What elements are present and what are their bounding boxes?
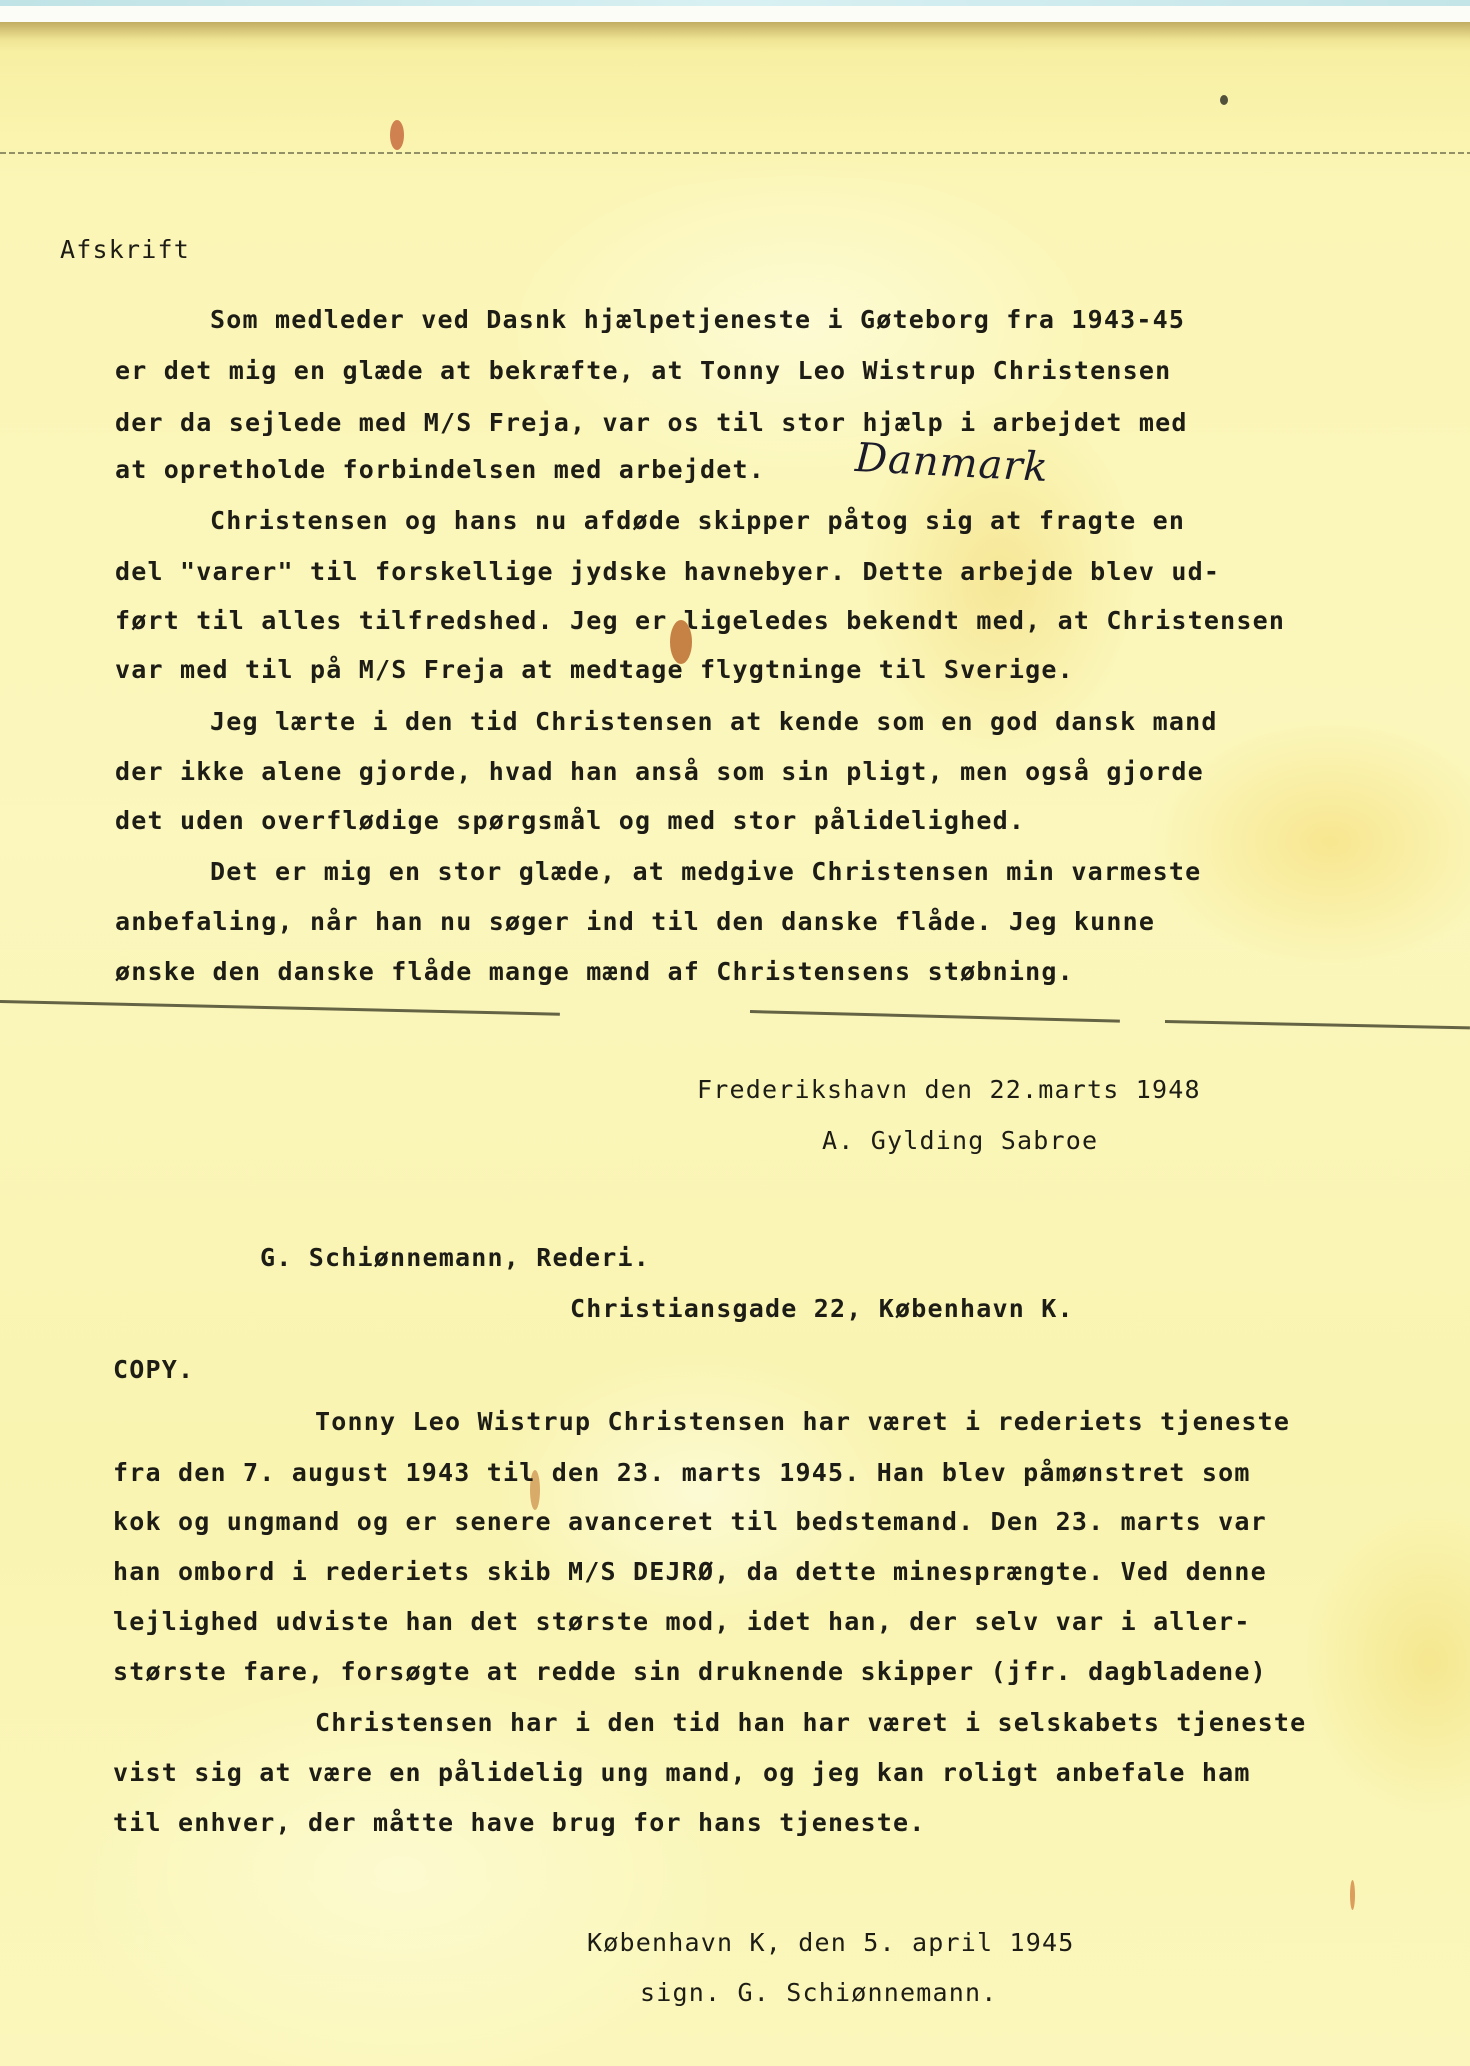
ink-speck — [1220, 95, 1228, 105]
letter1-place-date: Frederikshavn den 22.marts 1948 — [697, 1075, 1201, 1105]
letter1-line: Det er mig en stor glæde, at medgive Chr… — [210, 857, 1201, 887]
letterhead-company: G. Schiønnemann, Rederi. — [260, 1243, 650, 1273]
letter1-line: ønske den danske flåde mange mænd af Chr… — [115, 957, 1074, 987]
letter1-line: ført til alles tilfredshed. Jeg er ligel… — [115, 606, 1285, 636]
letter2-place-date: København K, den 5. april 1945 — [587, 1928, 1075, 1958]
rust-stain — [1350, 1880, 1355, 1910]
letter1-line: anbefaling, når han nu søger ind til den… — [115, 907, 1155, 937]
letter1-line: del "varer" til forskellige jydske havne… — [115, 557, 1220, 587]
letter2-line: største fare, forsøgte at redde sin druk… — [113, 1657, 1267, 1687]
letter2-signature: sign. G. Schiønnemann. — [640, 1978, 998, 2008]
letter2-line: Christensen har i den tid han har været … — [315, 1708, 1306, 1738]
scan-margin — [0, 6, 1470, 22]
letter1-signature: A. Gylding Sabroe — [822, 1126, 1098, 1156]
letter1-line: at opretholde forbindelsen med arbejdet. — [115, 455, 765, 485]
letter1-line: Christensen og hans nu afdøde skipper på… — [210, 506, 1185, 536]
heading-afskrift: Afskrift — [60, 235, 190, 265]
fold-line-top — [0, 152, 1470, 154]
letter1-line: der da sejlede med M/S Freja, var os til… — [115, 408, 1188, 438]
letter1-line: var med til på M/S Freja at medtage flyg… — [115, 655, 1074, 685]
rust-stain — [390, 120, 404, 150]
letter1-line: er det mig en glæde at bekræfte, at Tonn… — [115, 356, 1171, 386]
letter2-line: fra den 7. august 1943 til den 23. marts… — [113, 1458, 1251, 1488]
letter1-line: Jeg lærte i den tid Christensen at kende… — [210, 707, 1218, 737]
paper-edge-stain — [0, 22, 1470, 52]
heading-copy: COPY. — [113, 1355, 194, 1385]
letterhead-address: Christiansgade 22, København K. — [570, 1294, 1074, 1324]
letter2-line: kok og ungmand og er senere avanceret ti… — [113, 1507, 1267, 1537]
letter2-line: vist sig at være en pålidelig ung mand, … — [113, 1758, 1251, 1788]
letter2-line: til enhver, der måtte have brug for hans… — [113, 1808, 926, 1838]
letter1-line: Som medleder ved Dasnk hjælpetjeneste i … — [210, 305, 1185, 335]
letter1-line: der ikke alene gjorde, hvad han anså som… — [115, 757, 1204, 787]
letter1-line: det uden overflødige spørgsmål og med st… — [115, 806, 1025, 836]
letter2-line: lejlighed udviste han det største mod, i… — [113, 1607, 1251, 1637]
letter2-line: Tonny Leo Wistrup Christensen har været … — [315, 1407, 1290, 1437]
letter2-line: han ombord i rederiets skib M/S DEJRØ, d… — [113, 1557, 1267, 1587]
